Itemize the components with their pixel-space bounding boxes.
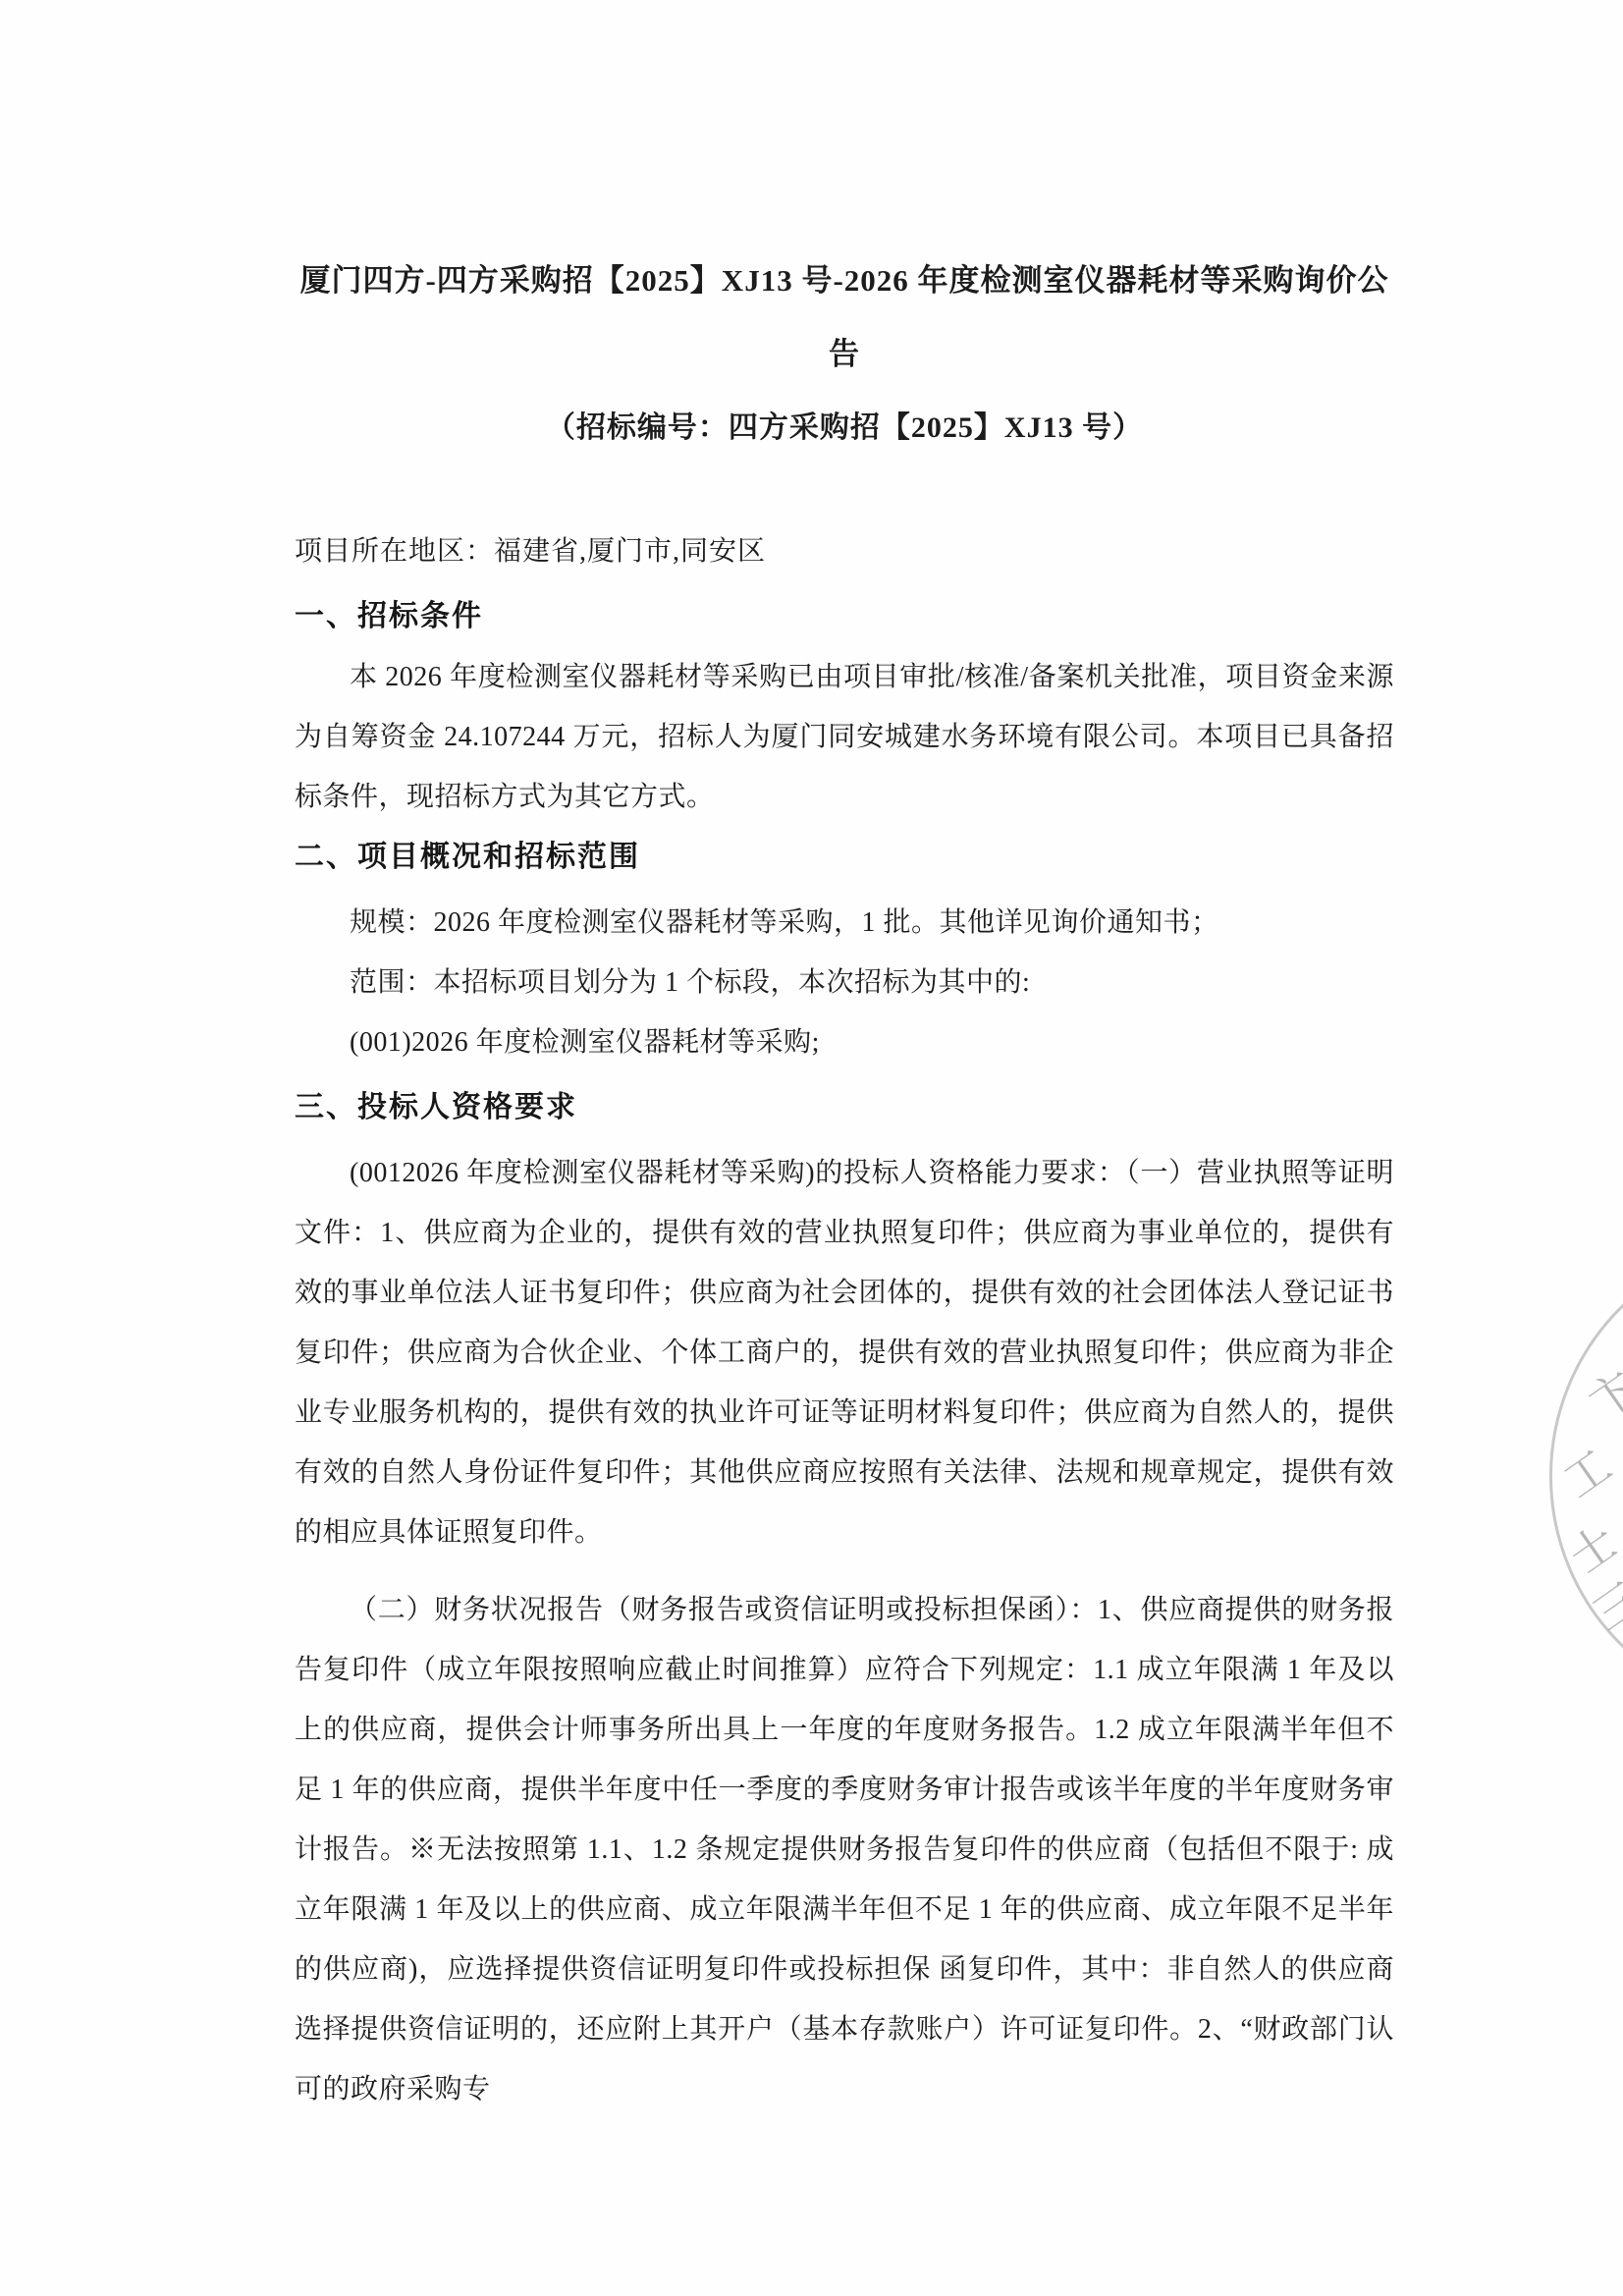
- partial-seal-stamp: 卞 工 士 三: [1540, 1277, 1623, 1669]
- project-location-line: 项目所在地区：福建省,厦门市,同安区: [295, 530, 1394, 574]
- scope-line: 范围：本招标项目划分为 1 个标段，本次招标为其中的:: [295, 953, 1394, 1012]
- seal-ring: [1549, 1277, 1623, 1669]
- seal-text-fragment: 士: [1554, 1507, 1623, 1586]
- section-3-heading: 三、投标人资格要求: [295, 1086, 1394, 1129]
- seal-text-fragment: 卞: [1574, 1353, 1623, 1432]
- qualification-paragraph-2: （二）财务状况报告（财务报告或资信证明或投标担保函）：1、供应商提供的财务报告复…: [295, 1580, 1394, 2119]
- document-page: 厦门四方-四方采购招【2025】XJ13 号-2026 年度检测室仪器耗材等采购…: [0, 0, 1623, 2296]
- seal-text-fragment: 三: [1578, 1564, 1623, 1643]
- document-content: 厦门四方-四方采购招【2025】XJ13 号-2026 年度检测室仪器耗材等采购…: [295, 244, 1394, 2119]
- seal-text-fragment: 工: [1548, 1432, 1623, 1510]
- lot-line: (001)2026 年度检测室仪器耗材等采购;: [295, 1012, 1394, 1072]
- document-title: 厦门四方-四方采购招【2025】XJ13 号-2026 年度检测室仪器耗材等采购…: [295, 244, 1394, 391]
- section-1-heading: 一、招标条件: [295, 595, 1394, 638]
- document-title-line1: 厦门四方-四方采购招【2025】XJ13 号-2026 年度检测室仪器耗材等采购…: [295, 244, 1394, 317]
- scale-line: 规模：2026 年度检测室仪器耗材等采购，1 批。其他详见询价通知书；: [295, 893, 1394, 953]
- section-2-heading: 二、项目概况和招标范围: [295, 836, 1394, 879]
- document-title-line2: 告: [295, 317, 1394, 391]
- tender-number-subtitle: （招标编号：四方采购招【2025】XJ13 号）: [295, 391, 1394, 465]
- qualification-paragraph-1: (0012026 年度检测室仪器耗材等采购)的投标人资格能力要求：（一）营业执照…: [295, 1143, 1394, 1562]
- section-1-paragraph: 本 2026 年度检测室仪器耗材等采购已由项目审批/核准/备案机关批准，项目资金…: [295, 647, 1394, 827]
